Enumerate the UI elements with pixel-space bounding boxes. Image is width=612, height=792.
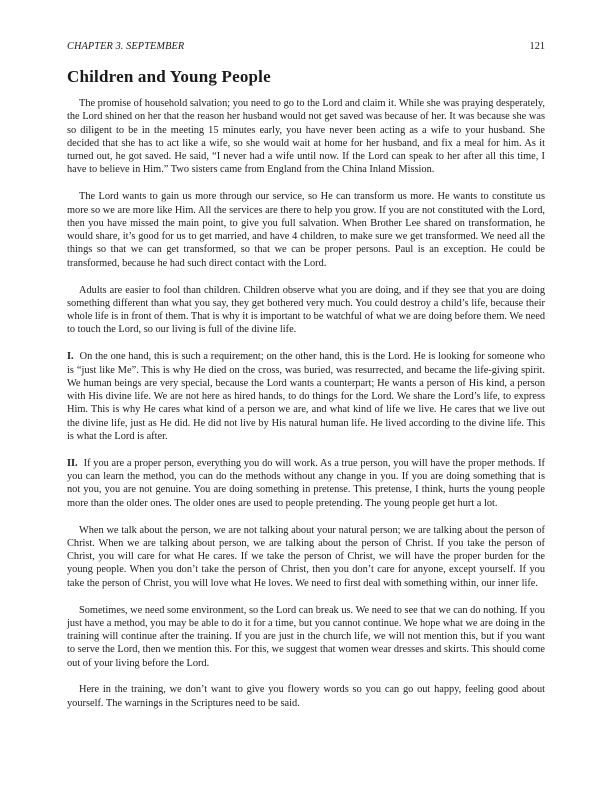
page-number: 121 <box>530 40 545 54</box>
paragraph-transformation: The Lord wants to gain us more through o… <box>67 190 545 270</box>
paragraph-adults-children: Adults are easier to fool than children.… <box>67 284 545 337</box>
point-label: I. <box>67 351 74 362</box>
paragraph-household-salvation: The promise of household salvation; you … <box>67 97 545 177</box>
paragraph-text: The Lord wants to gain us more through o… <box>67 191 545 268</box>
section-title: Children and Young People <box>67 67 545 87</box>
paragraph-person-of-christ: When we talk about the person, we are no… <box>67 524 545 590</box>
numbered-point-one: I.On the one hand, this is such a requir… <box>67 350 545 443</box>
numbered-point-two: II.If you are a proper person, everythin… <box>67 457 545 510</box>
paragraph-text: The promise of household salvation; you … <box>67 98 545 175</box>
paragraph-text: When we talk about the person, we are no… <box>67 525 545 589</box>
running-header: CHAPTER 3. SEPTEMBER 121 <box>67 40 545 54</box>
paragraph-text: If you are a proper person, everything y… <box>67 458 545 509</box>
paragraph-text: Sometimes, we need some environment, so … <box>67 605 545 669</box>
paragraph-text: Adults are easier to fool than children.… <box>67 285 545 336</box>
paragraph-training-warnings: Here in the training, we don’t want to g… <box>67 683 545 710</box>
chapter-heading: CHAPTER 3. SEPTEMBER <box>67 40 184 54</box>
document-page: CHAPTER 3. SEPTEMBER 121 Children and Yo… <box>67 40 545 710</box>
paragraph-text: Here in the training, we don’t want to g… <box>67 684 545 708</box>
paragraph-environment: Sometimes, we need some environment, so … <box>67 604 545 670</box>
paragraph-text: On the one hand, this is such a requirem… <box>67 351 545 442</box>
point-label: II. <box>67 458 78 469</box>
